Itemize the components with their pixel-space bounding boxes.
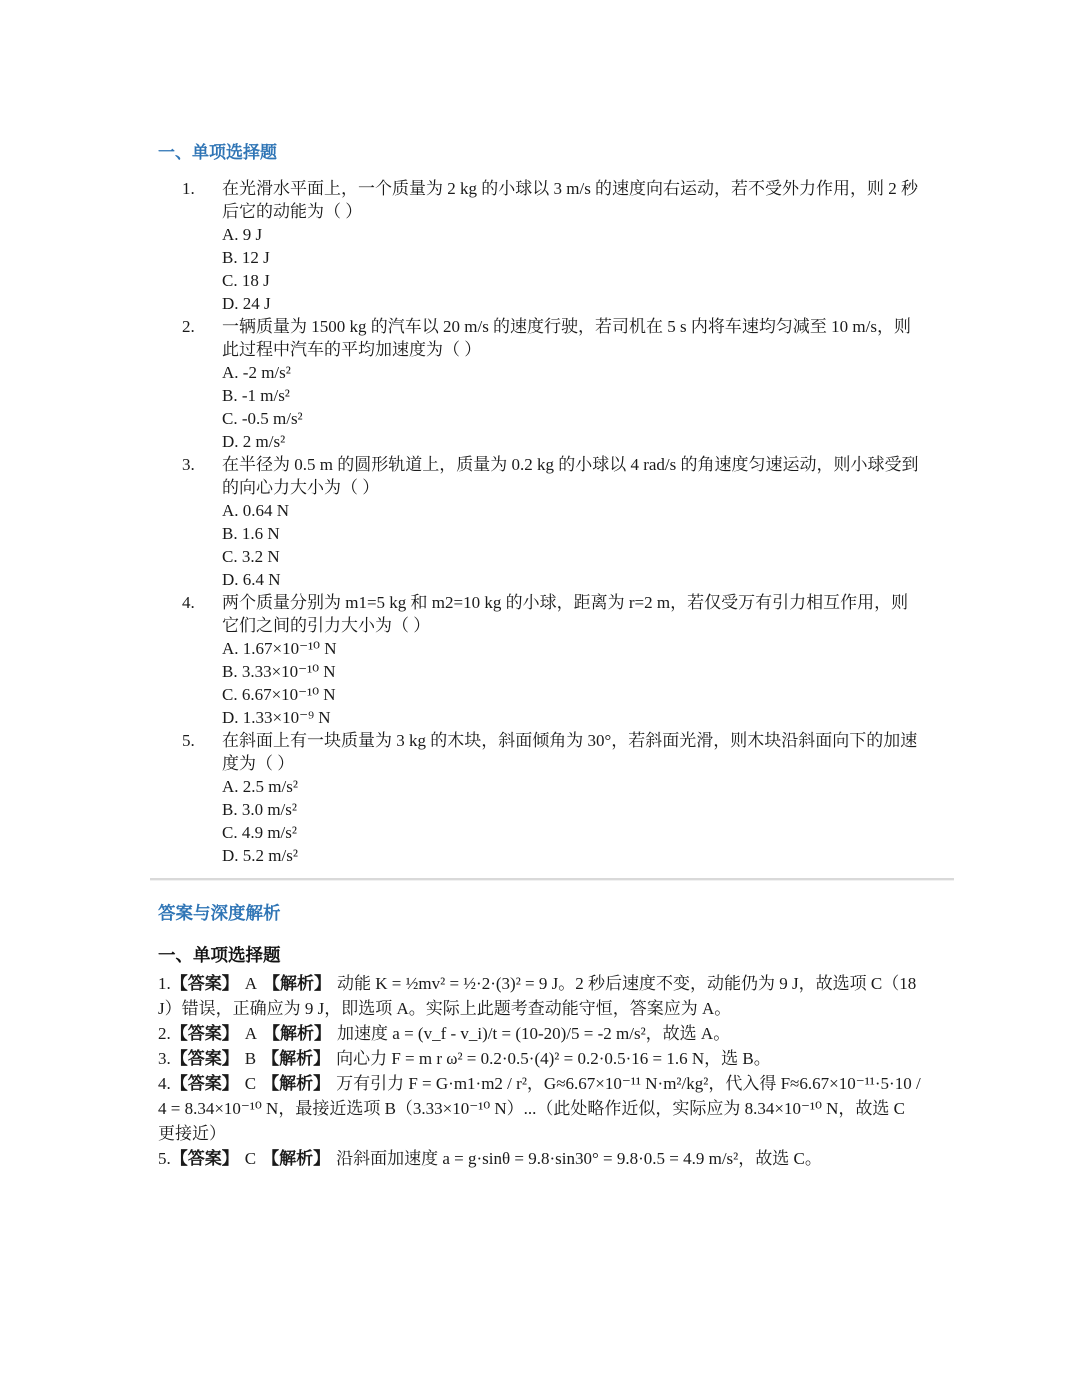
question-1-option-d: D. 24 J xyxy=(222,292,922,315)
answer-3-number: 3. xyxy=(158,1049,171,1068)
answers-section-heading: 答案与深度解析 xyxy=(158,903,922,924)
question-4-number: 4. xyxy=(158,591,222,729)
question-3-stem: 在半径为 0.5 m 的圆形轨道上，质量为 0.2 kg 的小球以 4 rad/… xyxy=(222,453,922,499)
question-3-option-b: B. 1.6 N xyxy=(222,522,922,545)
question-1-option-a: A. 9 J xyxy=(222,223,922,246)
answer-5-value: C xyxy=(245,1149,256,1168)
answers-subheading: 一、单项选择题 xyxy=(158,945,922,966)
question-1-option-c: C. 18 J xyxy=(222,269,922,292)
question-3: 3. 在半径为 0.5 m 的圆形轨道上，质量为 0.2 kg 的小球以 4 r… xyxy=(158,453,922,591)
answer-2-analysis: 加速度 a = (v_f - v_i)/t = (10-20)/5 = -2 m… xyxy=(337,1024,730,1043)
answer-1-number: 1. xyxy=(158,974,171,993)
analysis-label: 【解析】 xyxy=(263,974,331,993)
question-5: 5. 在斜面上有一块质量为 3 kg 的木块，斜面倾角为 30°，若斜面光滑，则… xyxy=(158,729,922,867)
analysis-label: 【解析】 xyxy=(262,1074,330,1093)
answer-3-analysis: 向心力 F = m r ω² = 0.2·0.5·(4)² = 0.2·0.5·… xyxy=(336,1049,771,1068)
question-4-option-a: A. 1.67×10⁻¹⁰ N xyxy=(222,637,922,660)
question-3-option-a: A. 0.64 N xyxy=(222,499,922,522)
answer-5: 5.【答案】C【解析】沿斜面加速度 a = g·sinθ = 9.8·sin30… xyxy=(158,1146,922,1171)
question-4-stem: 两个质量分别为 m1=5 kg 和 m2=10 kg 的小球，距离为 r=2 m… xyxy=(222,591,922,637)
answer-1-value: A xyxy=(245,974,257,993)
analysis-label: 【解析】 xyxy=(262,1049,330,1068)
question-4: 4. 两个质量分别为 m1=5 kg 和 m2=10 kg 的小球，距离为 r=… xyxy=(158,591,922,729)
answer-1: 1.【答案】A【解析】动能 K = ½mv² = ½·2·(3)² = 9 J。… xyxy=(158,971,922,1021)
answers-list: 1.【答案】A【解析】动能 K = ½mv² = ½·2·(3)² = 9 J。… xyxy=(158,971,922,1171)
question-1-number: 1. xyxy=(158,177,222,315)
questions-section-heading: 一、单项选择题 xyxy=(158,143,922,163)
question-3-option-c: C. 3.2 N xyxy=(222,545,922,568)
question-2-option-b: B. -1 m/s² xyxy=(222,384,922,407)
questions-list: 1. 在光滑水平面上，一个质量为 2 kg 的小球以 3 m/s 的速度向右运动… xyxy=(158,177,922,867)
question-2-option-d: D. 2 m/s² xyxy=(222,430,922,453)
answer-label: 【答案】 xyxy=(171,1074,239,1093)
question-5-option-b: B. 3.0 m/s² xyxy=(222,798,922,821)
document-page: 一、单项选择题 1. 在光滑水平面上，一个质量为 2 kg 的小球以 3 m/s… xyxy=(0,0,1080,1397)
question-4-option-b: B. 3.33×10⁻¹⁰ N xyxy=(222,660,922,683)
answer-3-value: B xyxy=(245,1049,256,1068)
question-4-option-c: C. 6.67×10⁻¹⁰ N xyxy=(222,683,922,706)
analysis-label: 【解析】 xyxy=(262,1149,330,1168)
question-5-number: 5. xyxy=(158,729,222,867)
question-1-option-b: B. 12 J xyxy=(222,246,922,269)
answer-2-value: A xyxy=(245,1024,257,1043)
answer-4-number: 4. xyxy=(158,1074,171,1093)
question-2: 2. 一辆质量为 1500 kg 的汽车以 20 m/s 的速度行驶，若司机在 … xyxy=(158,315,922,453)
answer-3: 3.【答案】B【解析】向心力 F = m r ω² = 0.2·0.5·(4)²… xyxy=(158,1046,922,1071)
question-3-number: 3. xyxy=(158,453,222,591)
question-4-option-d: D. 1.33×10⁻⁹ N xyxy=(222,706,922,729)
answer-2: 2.【答案】A【解析】加速度 a = (v_f - v_i)/t = (10-2… xyxy=(158,1021,922,1046)
question-1: 1. 在光滑水平面上，一个质量为 2 kg 的小球以 3 m/s 的速度向右运动… xyxy=(158,177,922,315)
question-5-option-c: C. 4.9 m/s² xyxy=(222,821,922,844)
section-divider xyxy=(150,878,954,881)
analysis-label: 【解析】 xyxy=(263,1024,331,1043)
answer-label: 【答案】 xyxy=(171,974,239,993)
answer-2-number: 2. xyxy=(158,1024,171,1043)
question-2-option-c: C. -0.5 m/s² xyxy=(222,407,922,430)
answer-label: 【答案】 xyxy=(171,1149,239,1168)
question-2-option-a: A. -2 m/s² xyxy=(222,361,922,384)
answer-5-analysis: 沿斜面加速度 a = g·sinθ = 9.8·sin30° = 9.8·0.5… xyxy=(336,1149,822,1168)
answer-4-value: C xyxy=(245,1074,256,1093)
answer-4: 4.【答案】C【解析】万有引力 F = G·m1·m2 / r²，G≈6.67×… xyxy=(158,1071,922,1146)
question-1-stem: 在光滑水平面上，一个质量为 2 kg 的小球以 3 m/s 的速度向右运动，若不… xyxy=(222,177,922,223)
answer-5-number: 5. xyxy=(158,1149,171,1168)
question-5-option-a: A. 2.5 m/s² xyxy=(222,775,922,798)
question-2-stem: 一辆质量为 1500 kg 的汽车以 20 m/s 的速度行驶，若司机在 5 s… xyxy=(222,315,922,361)
question-5-option-d: D. 5.2 m/s² xyxy=(222,844,922,867)
question-3-option-d: D. 6.4 N xyxy=(222,568,922,591)
question-2-number: 2. xyxy=(158,315,222,453)
answer-label: 【答案】 xyxy=(171,1024,239,1043)
answer-label: 【答案】 xyxy=(171,1049,239,1068)
question-5-stem: 在斜面上有一块质量为 3 kg 的木块，斜面倾角为 30°，若斜面光滑，则木块沿… xyxy=(222,729,922,775)
